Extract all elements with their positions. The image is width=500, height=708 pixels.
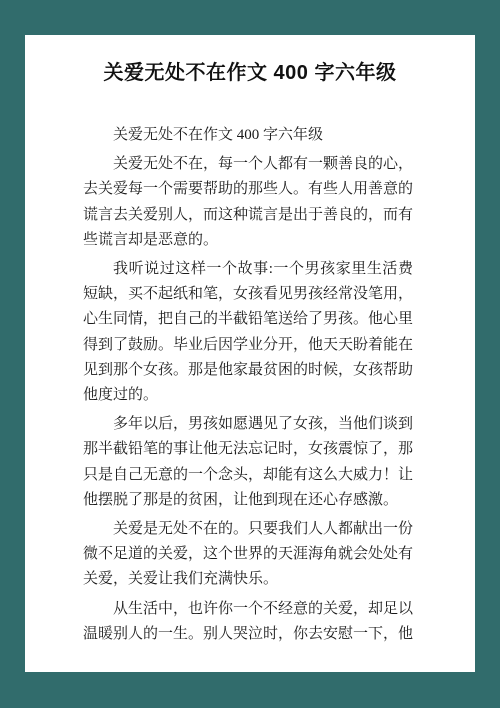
document-title: 关爱无处不在作文 400 字六年级 [35, 59, 465, 88]
document-paper: 关爱无处不在作文 400 字六年级 关爱无处不在作文 400 字六年级关爱无处不… [25, 35, 475, 672]
document-body: 关爱无处不在作文 400 字六年级关爱无处不在，每一个人都有一颗善良的心，去关爱… [83, 123, 413, 647]
paragraph: 关爱无处不在，每一个人都有一颗善良的心，去关爱每一个需要帮助的那些人。有些人用善… [83, 152, 413, 253]
paragraph: 关爱是无处不在的。只要我们人人都献出一份微不足道的关爱，这个世界的天涯海角就会处… [83, 517, 413, 593]
paragraph: 我听说过这样一个故事:一个男孩家里生活费短缺，买不起纸和笔，女孩看见男孩经常没笔… [83, 257, 413, 408]
page-frame: 关爱无处不在作文 400 字六年级 关爱无处不在作文 400 字六年级关爱无处不… [0, 0, 500, 708]
paragraph: 关爱无处不在作文 400 字六年级 [83, 123, 413, 148]
paragraph: 从生活中，也许你一个不经意的关爱，却足以温暖别人的一生。别人哭泣时，你去安慰一下… [83, 597, 413, 647]
paragraph: 多年以后，男孩如愿遇见了女孩，当他们谈到那半截铅笔的事让他无法忘记时，女孩震惊了… [83, 412, 413, 513]
